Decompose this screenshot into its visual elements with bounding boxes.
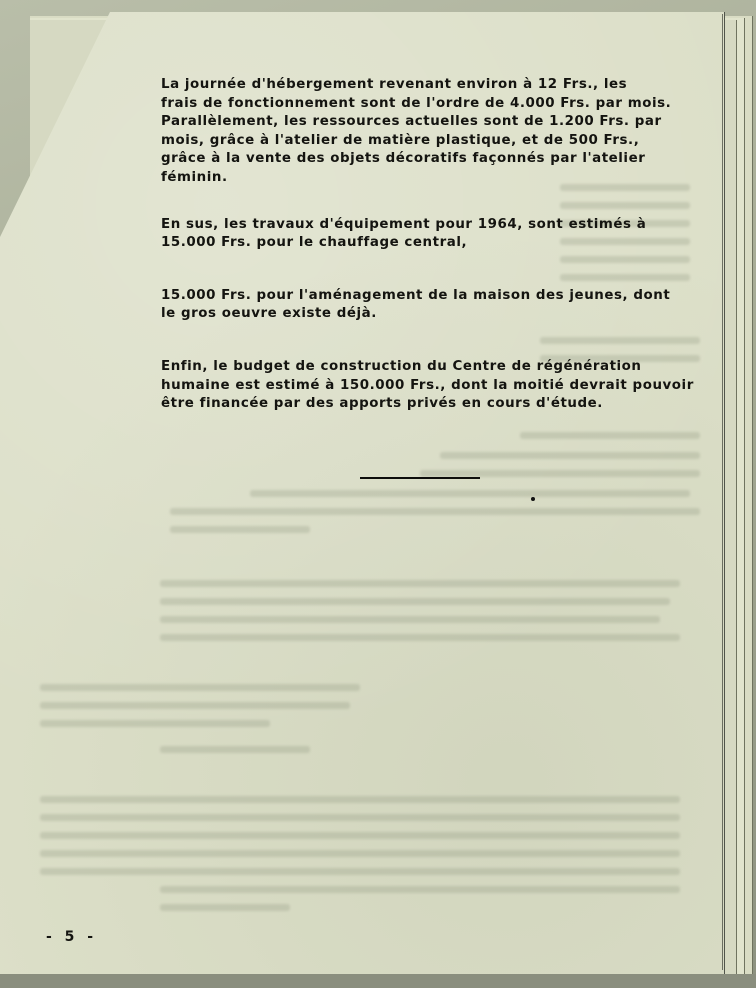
paragraph-operating-costs: La journée d'hébergement revenant enviro… <box>161 76 726 188</box>
bleed-through-line <box>420 470 700 477</box>
paragraph-construction-budget: Enfin, le budget de construction du Cent… <box>161 358 726 414</box>
bleed-through-line <box>160 598 670 605</box>
bleed-through-line <box>170 526 310 533</box>
bleed-through-line <box>40 868 680 875</box>
paragraph-youth-house: 15.000 Frs. pour l'aménagement de la mai… <box>161 287 726 324</box>
bleed-through-line <box>160 746 310 753</box>
bleed-through-line <box>160 886 680 893</box>
document-body: La journée d'hébergement revenant enviro… <box>161 76 726 414</box>
bleed-through-line <box>40 796 680 803</box>
bleed-through-line <box>40 720 270 727</box>
scan-bottom-edge <box>0 974 756 988</box>
bleed-through-line <box>40 814 680 821</box>
bleed-through-line <box>170 508 700 515</box>
bleed-through-line <box>40 702 350 709</box>
bleed-through-line <box>250 490 690 497</box>
bleed-through-line <box>160 904 290 911</box>
bleed-through-line <box>520 432 700 439</box>
paragraph-equipment-works: En sus, les travaux d'équipement pour 19… <box>161 216 726 253</box>
bleed-through-line <box>160 634 680 641</box>
bleed-through-line <box>160 616 660 623</box>
ink-speck <box>531 497 535 501</box>
page-number: - 5 - <box>46 929 97 945</box>
bleed-through-line <box>160 580 680 587</box>
bleed-through-line <box>40 684 360 691</box>
section-divider <box>360 477 480 479</box>
bleed-through-line <box>40 850 680 857</box>
bleed-through-line <box>440 452 700 459</box>
bleed-through-line <box>40 832 680 839</box>
